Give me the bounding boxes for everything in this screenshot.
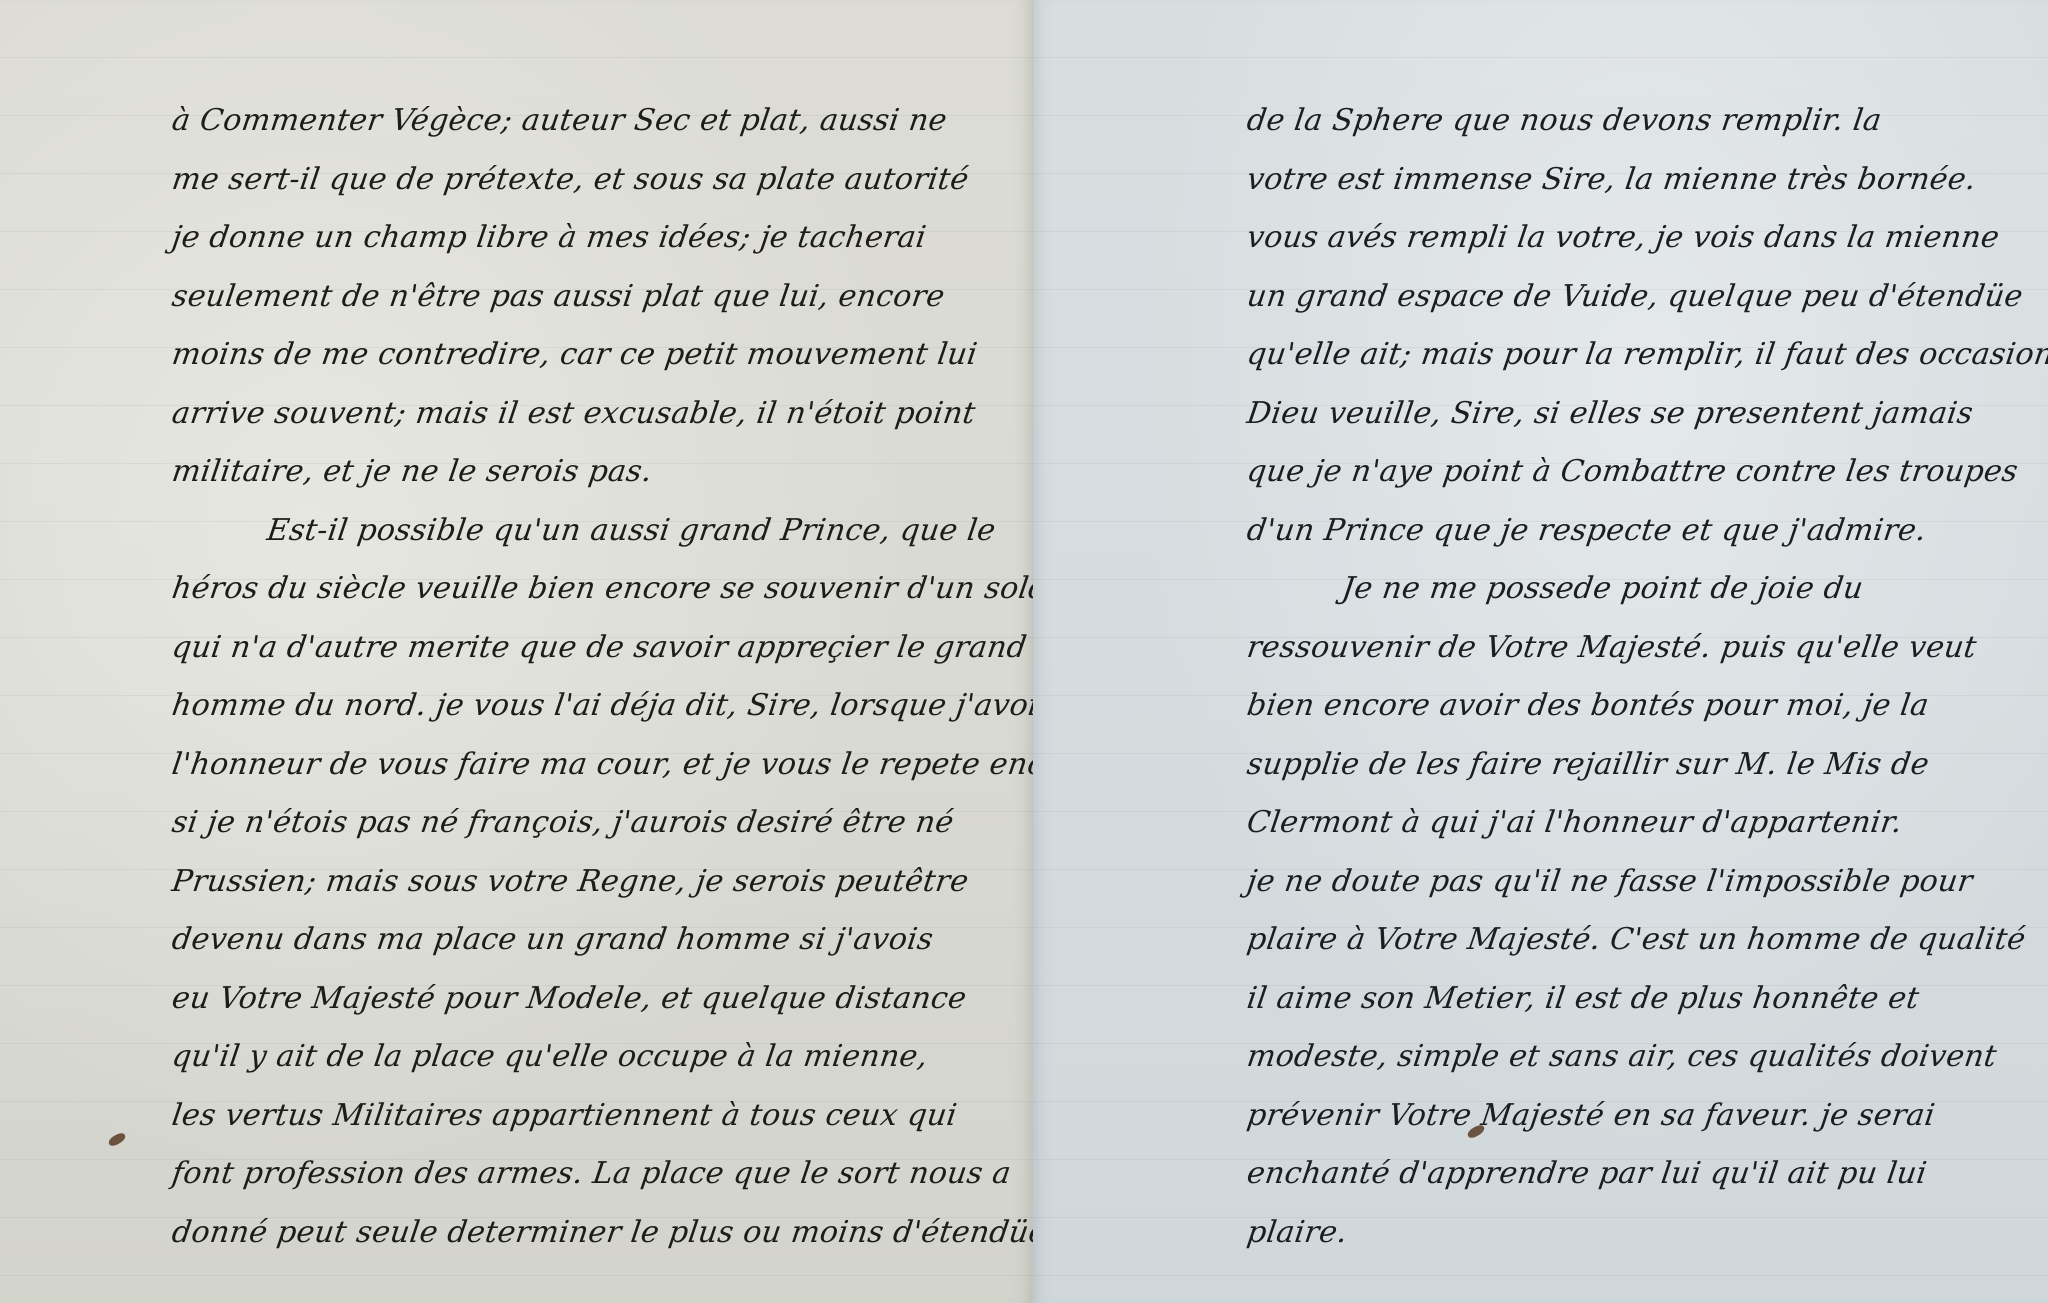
left-page-text: à Commenter Végèce; auteur Sec et plat, … <box>168 92 1012 1262</box>
text-line: plaire. <box>1243 1204 2046 1263</box>
text-line: qu'il y ait de la place qu'elle occupe à… <box>168 1028 1020 1087</box>
text-line: l'honneur de vous faire ma cour, et je v… <box>168 736 1020 795</box>
text-line: Prussien; mais sous votre Regne, je sero… <box>168 853 1020 912</box>
text-line: il aime son Metier, il est de plus honnê… <box>1243 970 2046 1029</box>
text-line: votre est immense Sire, la mienne très b… <box>1243 151 2046 210</box>
paragraph-start-line: Est-il possible qu'un aussi grand Prince… <box>168 502 1020 561</box>
text-line: que je n'aye point à Combattre contre le… <box>1243 443 2046 502</box>
text-line: eu Votre Majesté pour Modele, et quelque… <box>168 970 1020 1029</box>
text-line: me sert-il que de prétexte, et sous sa p… <box>168 151 1020 210</box>
text-line: prévenir Votre Majesté en sa faveur. je … <box>1243 1087 2046 1146</box>
text-line: Clermont à qui j'ai l'honneur d'apparten… <box>1243 794 2046 853</box>
left-page: à Commenter Végèce; auteur Sec et plat, … <box>0 0 1033 1303</box>
ink-blot <box>107 1131 127 1147</box>
text-line: moins de me contredire, car ce petit mou… <box>168 326 1020 385</box>
text-line: un grand espace de Vuide, quelque peu d'… <box>1243 268 2046 327</box>
text-line: je donne un champ libre à mes idées; je … <box>168 209 1020 268</box>
text-line: ressouvenir de Votre Majesté. puis qu'el… <box>1243 619 2046 678</box>
text-line: homme du nord. je vous l'ai déja dit, Si… <box>168 677 1020 736</box>
right-page: de la Sphere que nous devons remplir. la… <box>1033 0 2048 1303</box>
text-line: militaire, et je ne le serois pas. <box>168 443 1020 502</box>
text-line: je ne doute pas qu'il ne fasse l'impossi… <box>1243 853 2046 912</box>
text-line: devenu dans ma place un grand homme si j… <box>168 911 1020 970</box>
text-line: seulement de n'être pas aussi plat que l… <box>168 268 1020 327</box>
text-line: Dieu veuille, Sire, si elles se presente… <box>1243 385 2046 444</box>
text-line: à Commenter Végèce; auteur Sec et plat, … <box>168 92 1020 151</box>
text-line: héros du siècle veuille bien encore se s… <box>168 560 1020 619</box>
right-page-text: de la Sphere que nous devons remplir. la… <box>1243 92 2038 1262</box>
text-line: donné peut seule determiner le plus ou m… <box>168 1204 1020 1263</box>
text-line: qu'elle ait; mais pour la remplir, il fa… <box>1243 326 2046 385</box>
text-line: enchanté d'apprendre par lui qu'il ait p… <box>1243 1145 2046 1204</box>
text-line: plaire à Votre Majesté. C'est un homme d… <box>1243 911 2046 970</box>
text-line: si je n'étois pas né françois, j'aurois … <box>168 794 1020 853</box>
letter-spread: à Commenter Végèce; auteur Sec et plat, … <box>0 0 2048 1303</box>
text-line: arrive souvent; mais il est excusable, i… <box>168 385 1020 444</box>
text-line: les vertus Militaires appartiennent à to… <box>168 1087 1020 1146</box>
text-line: supplie de les faire rejaillir sur M. le… <box>1243 736 2046 795</box>
paragraph-start-line: Je ne me possede point de joie du <box>1243 560 2046 619</box>
text-line: qui n'a d'autre merite que de savoir app… <box>168 619 1020 678</box>
text-line: font profession des armes. La place que … <box>168 1145 1020 1204</box>
text-line: d'un Prince que je respecte et que j'adm… <box>1243 502 2046 561</box>
text-line: modeste, simple et sans air, ces qualité… <box>1243 1028 2046 1087</box>
text-line: bien encore avoir des bontés pour moi, j… <box>1243 677 2046 736</box>
text-line: vous avés rempli la votre, je vois dans … <box>1243 209 2046 268</box>
text-line: de la Sphere que nous devons remplir. la <box>1243 92 2046 151</box>
